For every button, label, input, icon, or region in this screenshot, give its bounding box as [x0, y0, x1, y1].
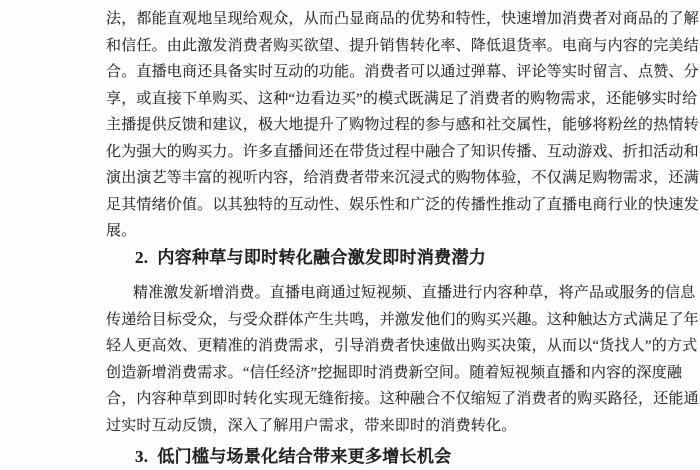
body-line: 展。	[106, 218, 617, 245]
body-line: 过实时互动反馈，深入了解用户需求，带来即时的消费转化。	[106, 413, 617, 440]
document-page: 法，都能直观地呈现给观众，从而凸显商品的优势和特性，快速增加消费者对商品的了解 …	[0, 0, 700, 470]
body-line: 创造新增消费需求。“信任经济”挖掘即时消费新空间。随着短视频直播和内容的深度融	[106, 360, 617, 387]
paragraph-content-seeding-conversion: 精准激发新增消费。直播电商通过短视频、直播进行内容种草，将产品或服务的信息 传递…	[106, 280, 617, 439]
body-line: 精准激发新增消费。直播电商通过短视频、直播进行内容种草，将产品或服务的信息	[106, 280, 617, 307]
body-line: 合，内容种草到即时转化实现无缝衔接。这种融合不仅缩短了消费者的购买路径，还能通	[106, 386, 617, 413]
section-title: 内容种草与即时转化融合激发即时消费潜力	[157, 248, 486, 267]
section-number: 3.	[135, 447, 148, 466]
paragraph-livestream-ecommerce-features: 法，都能直观地呈现给观众，从而凸显商品的优势和特性，快速增加消费者对商品的了解 …	[106, 6, 617, 245]
section-title: 低门槛与场景化结合带来更多增长机会	[157, 447, 451, 466]
body-line: 法，都能直观地呈现给观众，从而凸显商品的优势和特性，快速增加消费者对商品的了解	[106, 6, 617, 33]
body-line: 化为强大的购买力。许多直播间还在带货过程中融合了知识传播、互动游戏、折扣活动和	[106, 139, 617, 166]
section-number: 2.	[135, 248, 148, 267]
body-line: 享，或直接下单购买、这种“边看边买”的模式既满足了消费者的购物需求，还能够实时给	[106, 86, 617, 113]
body-line: 合。直播电商还具备实时互动的功能。消费者可以通过弹幕、评论等实时留言、点赞、分	[106, 59, 617, 86]
section-heading-2: 2.内容种草与即时转化融合激发即时消费潜力	[106, 245, 617, 272]
body-line: 传递给目标受众，与受众群体产生共鸣，并激发他们的购买兴趣。这种触达方式满足了年	[106, 307, 617, 334]
body-line: 主播提供反馈和建议，极大地提升了购物过程的参与感和社交属性，能够将粉丝的热情转	[106, 112, 617, 139]
section-heading-3: 3.低门槛与场景化结合带来更多增长机会	[106, 444, 617, 470]
body-line: 演出演艺等丰富的视听内容，给消费者带来沉浸式的购物体验，不仅满足购物需求，还满	[106, 165, 617, 192]
body-line: 和信任。由此激发消费者购买欲望、提升销售转化率、降低退货率。电商与内容的完美结	[106, 33, 617, 60]
body-line: 足其情绪价值。以其独特的互动性、娱乐性和广泛的传播性推动了直播电商行业的快速发	[106, 192, 617, 219]
body-line: 轻人更高效、更精准的消费需求，引导消费者快速做出购买决策，从而以“货找人”的方式	[106, 333, 617, 360]
